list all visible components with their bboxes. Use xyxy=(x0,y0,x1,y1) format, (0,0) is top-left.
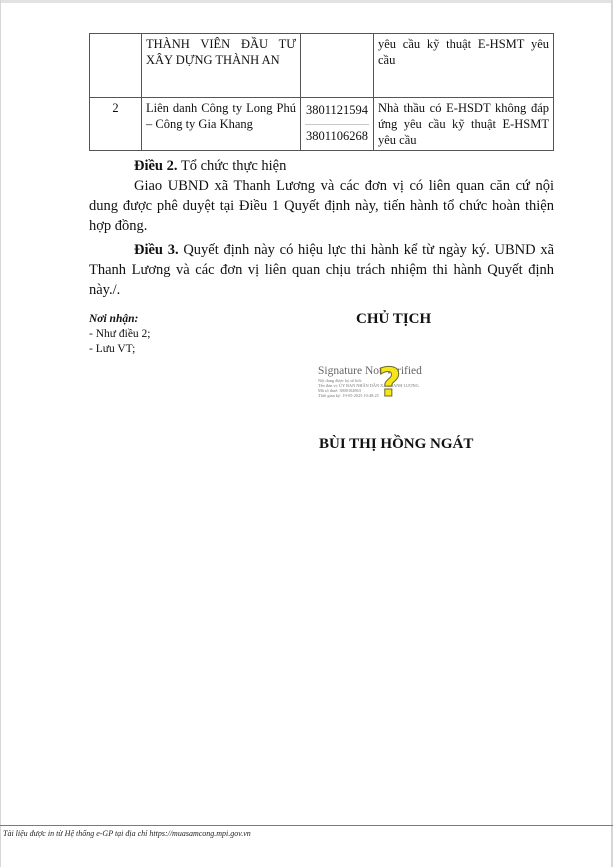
article-2-body: Giao UBND xã Thanh Lương và các đơn vị c… xyxy=(89,176,554,236)
article-2-heading: Điều 2. Tổ chức thực hiện xyxy=(89,156,554,176)
digital-signature-stamp[interactable]: Signature Not Verified Nội dung được ký … xyxy=(318,364,498,412)
cell-contractor-name: THÀNH VIÊN ĐẦU TƯ XÂY DỰNG THÀNH AN xyxy=(142,34,301,98)
page-frame-left xyxy=(0,0,1,867)
recipient-item: - Như điều 2; xyxy=(89,327,151,342)
recipients-title: Nơi nhận: xyxy=(89,312,151,327)
cell-no xyxy=(90,34,142,98)
cell-contractor-name: Liên danh Công ty Long Phú – Công ty Gia… xyxy=(142,98,301,151)
article-3: Điều 3. Quyết định này có hiệu lực thi h… xyxy=(89,240,554,300)
tax-code: 3801121594 xyxy=(305,100,369,124)
table-row: 2 Liên danh Công ty Long Phú – Công ty G… xyxy=(90,98,554,151)
article-3-label: Điều 3. xyxy=(134,242,179,258)
cell-no: 2 xyxy=(90,98,142,151)
tax-code xyxy=(305,36,369,60)
article-2-label: Điều 2. xyxy=(134,158,178,174)
cell-tax-code: 3801121594 3801106268 xyxy=(301,98,374,151)
table-row: THÀNH VIÊN ĐẦU TƯ XÂY DỰNG THÀNH AN yêu … xyxy=(90,34,554,98)
signature-status: Signature Not Verified xyxy=(318,364,498,378)
page-frame-top xyxy=(0,0,613,3)
contractor-results-table: THÀNH VIÊN ĐẦU TƯ XÂY DỰNG THÀNH AN yêu … xyxy=(89,33,554,151)
cell-tax-code xyxy=(301,34,374,98)
footer-divider xyxy=(0,825,613,826)
cell-reason: yêu cầu kỹ thuật E-HSMT yêu cầu xyxy=(374,34,554,98)
tax-code: 3801106268 xyxy=(305,124,369,150)
cell-reason: Nhà thầu có E-HSDT không đáp ứng yêu cầu… xyxy=(374,98,554,151)
recipients-block: Nơi nhận: - Như điều 2; - Lưu VT; xyxy=(89,312,151,357)
article-2-title: Tổ chức thực hiện xyxy=(178,158,287,174)
footer-note: Tài liệu được in từ Hệ thống e-GP tại đị… xyxy=(3,829,251,838)
signature-detail: Thời gian ký: 19-05-2025 10:48:25 xyxy=(318,393,498,398)
signer-title: CHỦ TỊCH xyxy=(356,311,431,328)
question-mark-icon: ? xyxy=(378,361,401,405)
signer-name: BÙI THỊ HỒNG NGÁT xyxy=(319,436,473,453)
recipient-item: - Lưu VT; xyxy=(89,342,151,357)
